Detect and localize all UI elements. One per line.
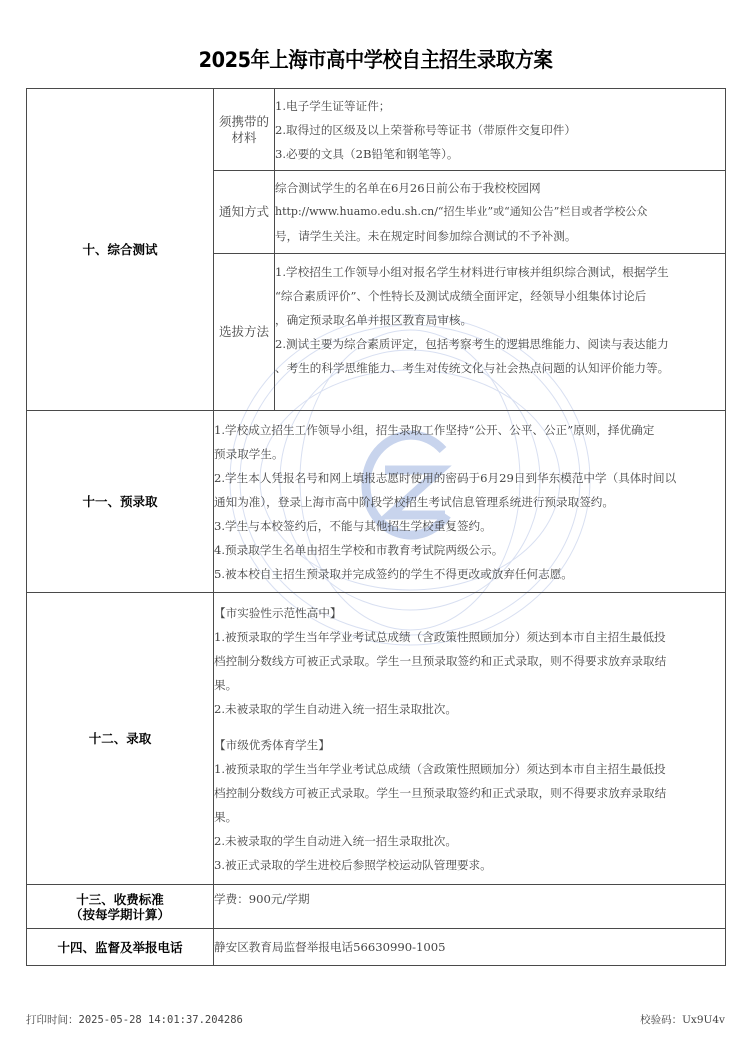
pre-admission-line: 5.被本校自主招生预录取并完成签约的学生不得更改或放弃任何志愿。 [214,562,725,586]
pre-admission-line: 3.学生与本校签约后，不能与其他招生学校重复签约。 [214,514,725,538]
admission-line: 2.未被录取的学生自动进入统一招生录取批次。 [214,829,725,853]
hotline-content: 静安区教育局监督举报电话56630990-1005 [214,929,726,966]
pre-admission-line: 4.预录取学生名单由招生学校和市教育考试院两级公示。 [214,538,725,562]
print-time: 打印时间：2025-05-28 14:01:37.204286 [26,1012,243,1027]
page-title: 2025年上海市高中学校自主招生录取方案 [30,44,721,74]
pre-admission-line: 2.学生本人凭报名号和网上填报志愿时使用的密码于6月29日到华东模范中学（具体时… [214,466,725,490]
notification-content: 综合测试学生的名单在6月26日前公布于我校校园网 http://www.huam… [275,171,726,254]
notification-label: 通知方式 [214,171,275,254]
materials-label-line2: 材料 [214,130,274,146]
admission-line: 3.被正式录取的学生进校后参照学校运动队管理要求。 [214,853,725,877]
pre-admission-line: 通知为准），登录上海市高中阶段学校招生考试信息管理系统进行预录取签约。 [214,490,725,514]
materials-label: 须携带的 材料 [214,89,275,171]
notification-url-line: http://www.huamo.edu.sh.cn/“招生毕业”或“通知公告”… [275,200,725,224]
selection-content: 1.学校招生工作领导小组对报名学生材料进行审核并组织综合测试，根据学生 “综合素… [275,254,726,411]
selection-line: “综合素质评价”、个性特长及测试成绩全面评定，经领导小组集体讨论后 [275,284,725,308]
hotline-value: 静安区教育局监督举报电话56630990-1005 [214,935,725,959]
materials-line: 3.必要的文具（2B铅笔和钢笔等）。 [275,142,725,166]
section-14-row: 十四、监督及举报电话 静安区教育局监督举报电话56630990-1005 [27,929,726,966]
section-12-label: 十二、录取 [27,593,214,885]
fee-content: 学费：900元/学期 [214,885,726,929]
section-13-label: 十三、收费标准 （按每学期计算） [27,885,214,929]
fee-label-line2: （按每学期计算） [27,907,213,922]
fee-label-line1: 十三、收费标准 [27,892,213,907]
selection-line: ，确定预录取名单并报区教育局审核。 [275,308,725,332]
materials-line: 2.取得过的区级及以上荣誉称号等证书（带原件交复印件） [275,118,725,142]
pre-admission-line: 1.学校成立招生工作领导小组，招生录取工作坚持“公开、公平、公正”原则，择优确定 [214,418,725,442]
pre-admission-content: 1.学校成立招生工作领导小组，招生录取工作坚持“公开、公平、公正”原则，择优确定… [214,411,726,593]
admission-line: 2.未被录取的学生自动进入统一招生录取批次。 [214,697,725,721]
section-14-label: 十四、监督及举报电话 [27,929,214,966]
materials-content: 1.电子学生证等证件； 2.取得过的区级及以上荣誉称号等证书（带原件交复印件） … [275,89,726,171]
fee-value: 学费：900元/学期 [214,887,725,911]
section-10-label: 十、综合测试 [27,89,214,411]
admission-group-heading: 【市级优秀体育学生】 [214,733,725,757]
materials-label-line1: 须携带的 [214,114,274,130]
section-13-row: 十三、收费标准 （按每学期计算） 学费：900元/学期 [27,885,726,929]
selection-line: 2.测试主要为综合素质评定，包括考察考生的逻辑思维能力、阅读与表达能力 [275,332,725,356]
check-code: 校验码：Ux9U4v [640,1012,725,1027]
section-11-row: 十一、预录取 1.学校成立招生工作领导小组，招生录取工作坚持“公开、公平、公正”… [27,411,726,593]
admission-line: 果。 [214,805,725,829]
admission-line: 1.被预录取的学生当年学业考试总成绩（含政策性照顾加分）须达到本市自主招生最低投 [214,757,725,781]
section-11-label: 十一、预录取 [27,411,214,593]
group-spacer [214,721,725,733]
admission-line: 果。 [214,673,725,697]
section-10-row-materials: 十、综合测试 须携带的 材料 1.电子学生证等证件； 2.取得过的区级及以上荣誉… [27,89,726,171]
selection-label: 选拔方法 [214,254,275,411]
admission-plan-table: 十、综合测试 须携带的 材料 1.电子学生证等证件； 2.取得过的区级及以上荣誉… [26,88,726,966]
materials-line: 1.电子学生证等证件； [275,94,725,118]
admission-line: 档控制分数线方可被正式录取。学生一旦预录取签约和正式录取，则不得要求放弃录取结 [214,649,725,673]
section-12-row: 十二、录取 【市实验性示范性高中】 1.被预录取的学生当年学业考试总成绩（含政策… [27,593,726,885]
admission-line: 档控制分数线方可被正式录取。学生一旦预录取签约和正式录取，则不得要求放弃录取结 [214,781,725,805]
notification-line: 号，请学生关注。未在规定时间参加综合测试的不予补测。 [275,224,725,248]
admission-line: 1.被预录取的学生当年学业考试总成绩（含政策性照顾加分）须达到本市自主招生最低投 [214,625,725,649]
pre-admission-line: 预录取学生。 [214,442,725,466]
selection-line: 、考生的科学思维能力、考生对传统文化与社会热点问题的认知评价能力等。 [275,356,725,380]
notification-line: 综合测试学生的名单在6月26日前公布于我校校园网 [275,176,725,200]
admission-content: 【市实验性示范性高中】 1.被预录取的学生当年学业考试总成绩（含政策性照顾加分）… [214,593,726,885]
selection-line: 1.学校招生工作领导小组对报名学生材料进行审核并组织综合测试，根据学生 [275,260,725,284]
admission-group-heading: 【市实验性示范性高中】 [214,601,725,625]
